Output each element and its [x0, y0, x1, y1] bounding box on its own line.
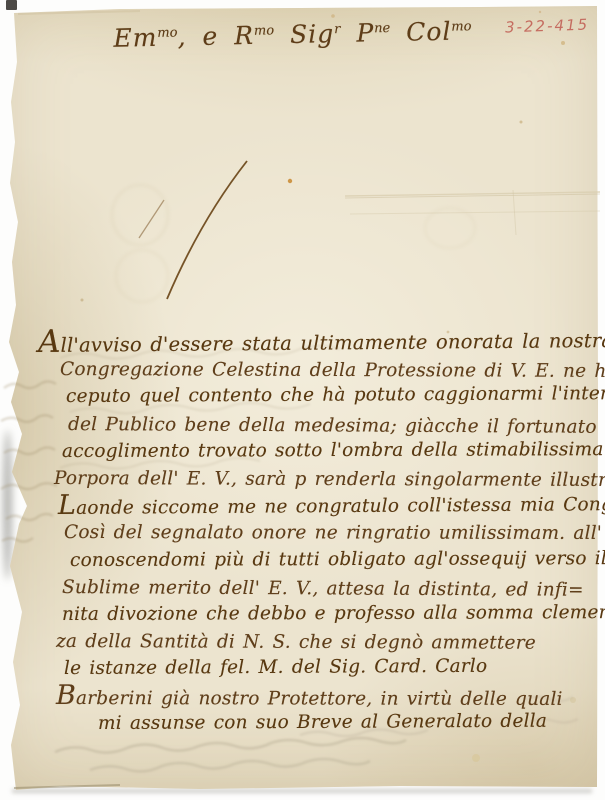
- letter-line: All'avviso d'essere stata ultimamente on…: [38, 324, 590, 356]
- salutation-part: Sigr: [274, 19, 341, 49]
- salutation-part: Emmo: [113, 22, 178, 52]
- letter-line: accoglimento trovato sotto l'ombra della…: [62, 436, 590, 465]
- letter-line: ceputo quel contento che hà potuto caggi…: [66, 381, 590, 411]
- letter-line: Laonde siccome me ne congratulo coll'ist…: [58, 488, 590, 519]
- torn-edge-shadow: [3, 430, 12, 580]
- letter-line: mi assunse con suo Breve al Generalato d…: [98, 707, 590, 737]
- letter-body: All'avviso d'essere stata ultimamente on…: [38, 329, 590, 737]
- salutation-part: Pne: [340, 18, 390, 48]
- letter-line: nita divozione che debbo e professo alla…: [62, 599, 590, 628]
- letter-line: conoscendomi più di tutti obligato agl'o…: [70, 545, 590, 574]
- letter-line: Così del segnalato onore ne ringratio um…: [64, 519, 590, 547]
- letter-line: Barberini già nostro Protettore, in virt…: [56, 682, 590, 710]
- letter-line: le istanze della fel. M. del Sig. Card. …: [64, 652, 590, 682]
- salutation-part: Colmo: [390, 16, 472, 47]
- corner-dark-mark: [6, 0, 17, 10]
- salutation-part: , e Rmo: [177, 20, 274, 51]
- paper-bottom-shadow: [12, 789, 592, 793]
- manuscript-scan: 3-22-415 Emmo, e Rmo Sigr Pne Colmo All'…: [0, 0, 605, 800]
- catalog-number: 3-22-415: [505, 16, 590, 37]
